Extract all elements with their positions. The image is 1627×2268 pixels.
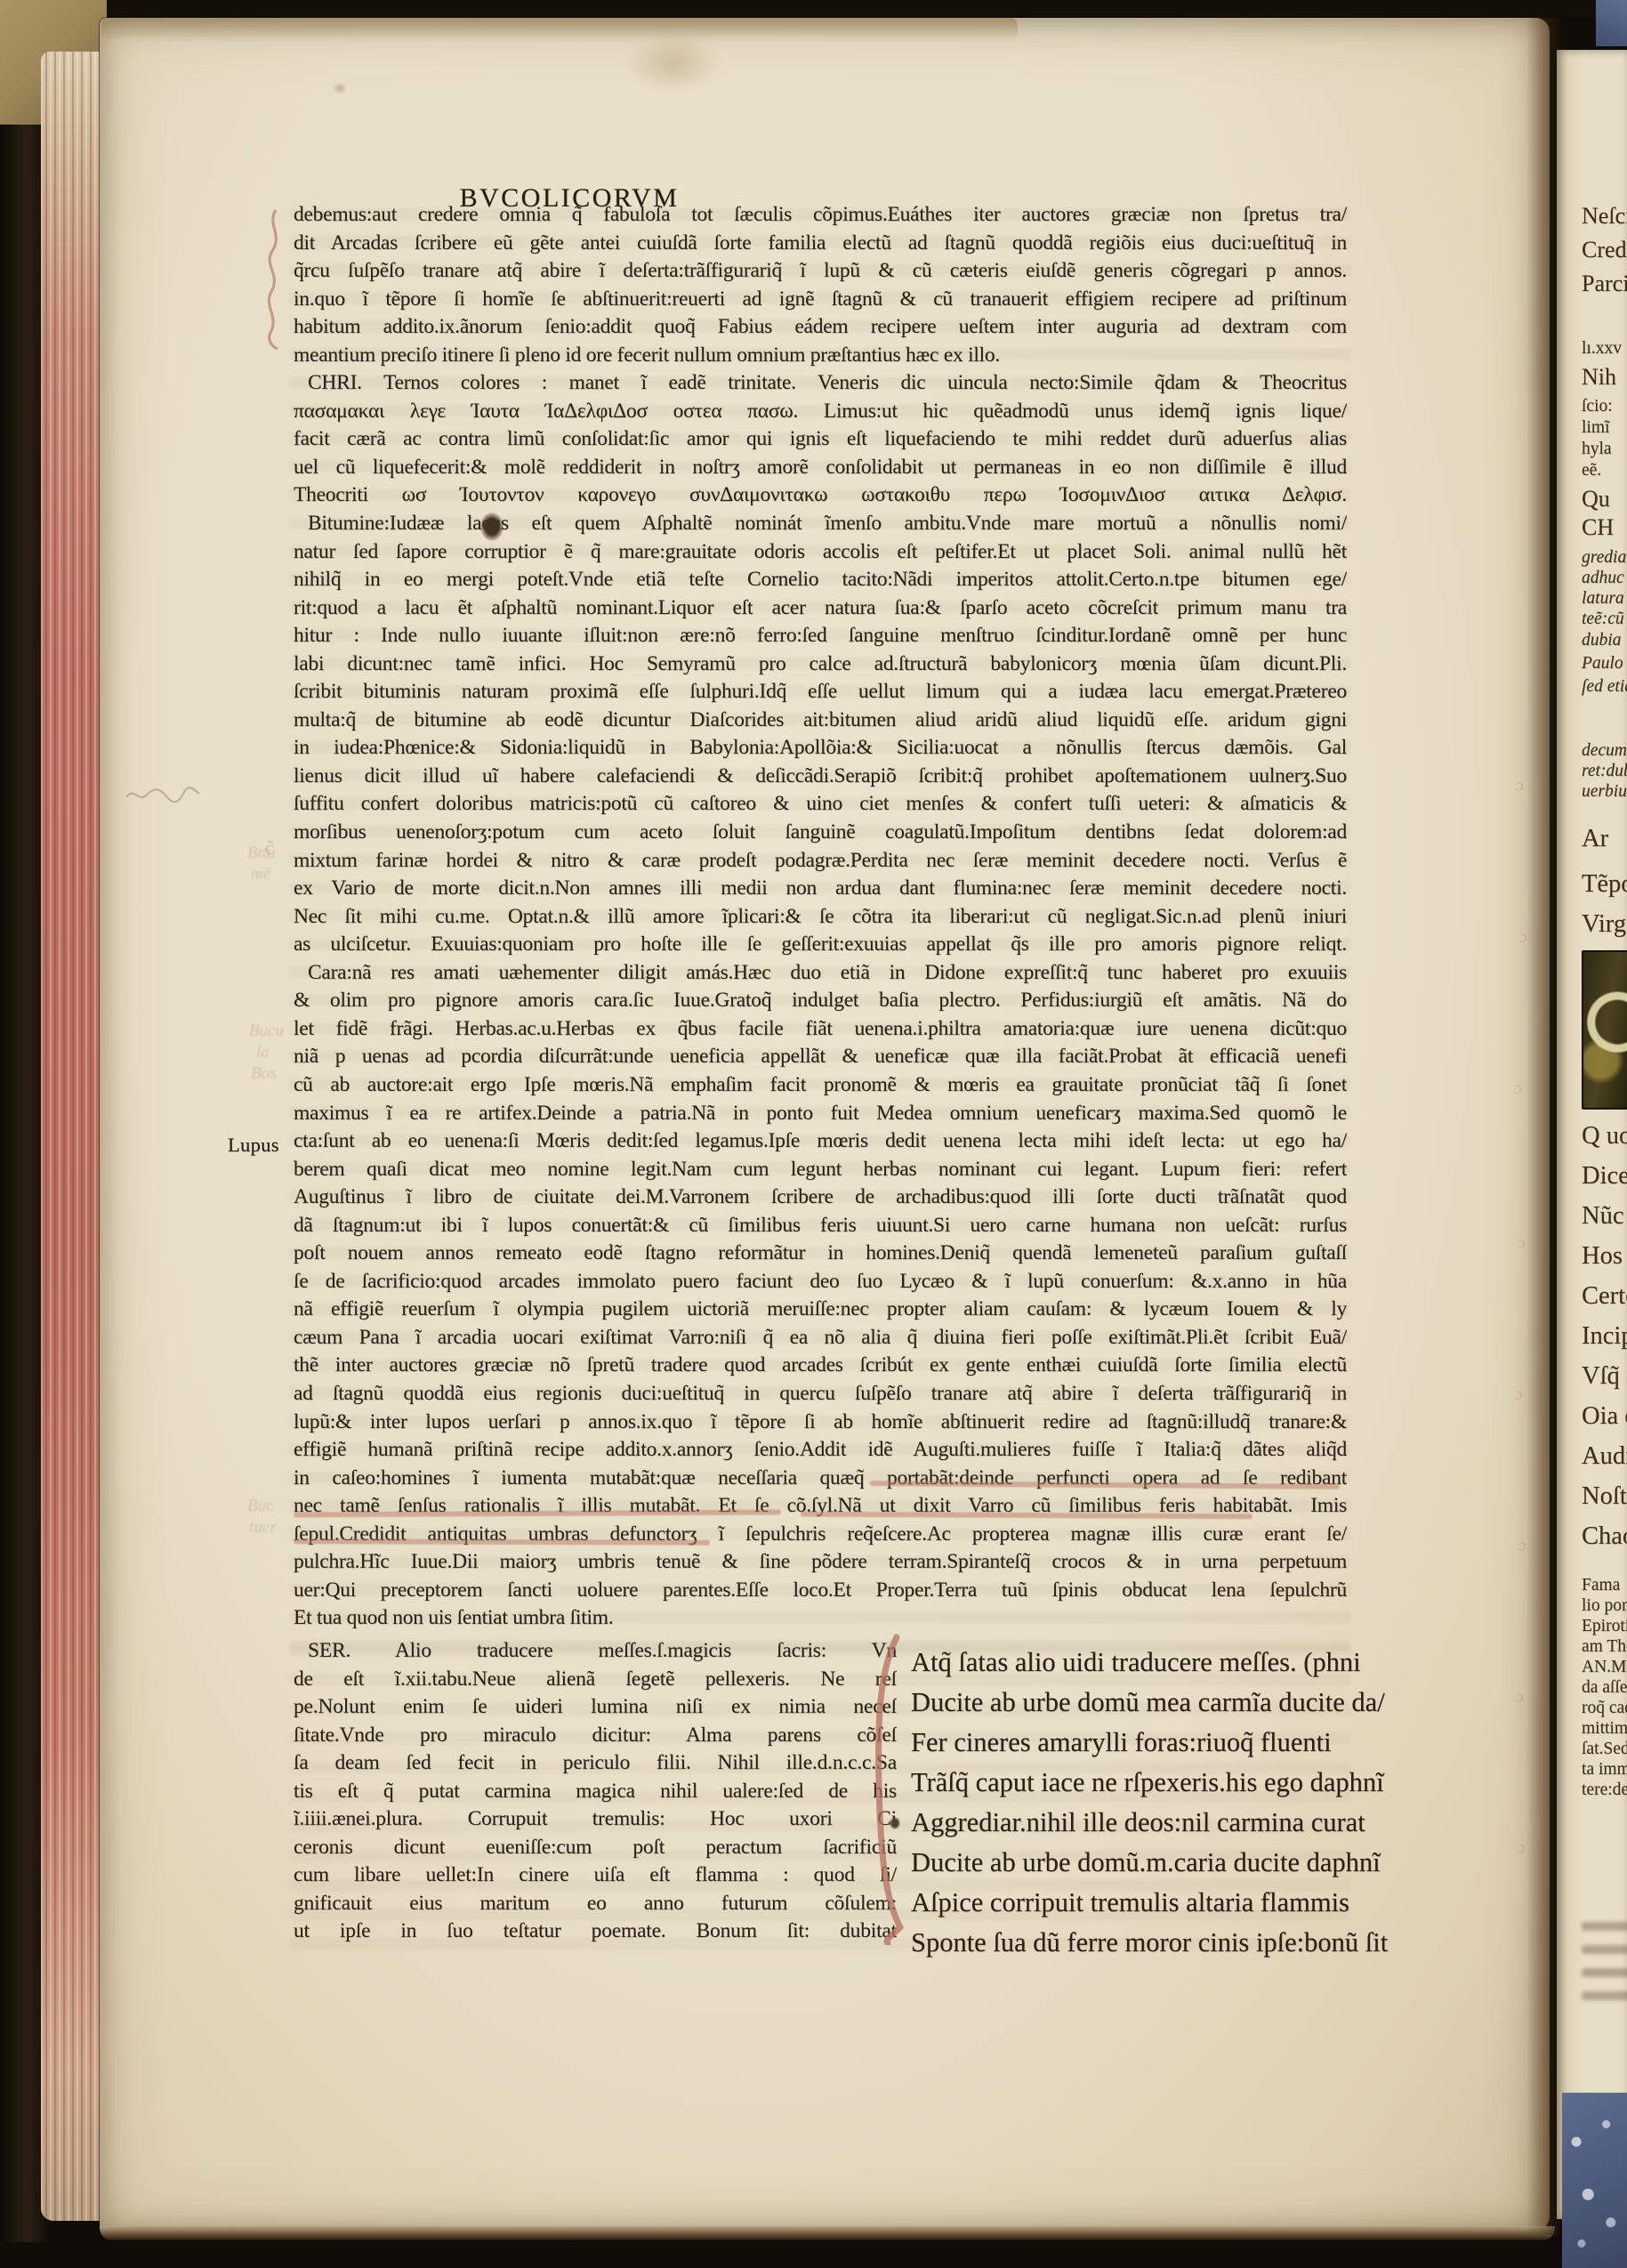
- gloss-line: SER. Alio traducere meſſes.ſ.magicis ſac…: [294, 1637, 897, 1666]
- fragment-line: Credi: [1582, 237, 1627, 263]
- commentary-line: hitur : Inde nullo iuuante iſluit:non ær…: [294, 622, 1347, 650]
- fragment-line: Paulo: [1582, 654, 1627, 674]
- fragment-line: Fama: [1582, 1575, 1627, 1595]
- fragment-line: Parci: [1582, 270, 1627, 297]
- fragment-line: decum: [1582, 741, 1627, 761]
- commentary-line: uel cũ liquefecerit:& molẽ reddiderit in…: [294, 454, 1347, 482]
- gloss-line: ut ipſe in ſuo teſtatur poemate. Bonum ſ…: [294, 1917, 897, 1946]
- commentary-line: ſe de ſacrificio:quod arcades immolato p…: [294, 1268, 1347, 1296]
- show-through-word: Bucu: [249, 1021, 284, 1041]
- fragment-line: Incipi: [1582, 1317, 1627, 1355]
- fragment-line: teẽ:cũ: [1582, 609, 1627, 629]
- book-photo: { "page": { "running_title": "BVCOLICORV…: [0, 0, 1627, 2268]
- marbled-paper-corner: [1562, 2093, 1627, 2268]
- fragment-line: eẽ.: [1582, 460, 1627, 480]
- verse-column: Atq̃ ſatas alio uidi traducere meſſes. (…: [911, 1642, 1356, 1963]
- commentary-line: nihilq̃ in eo mergi poteſt.Vnde etiã teſ…: [294, 566, 1347, 594]
- photo-top-border: [0, 0, 1627, 18]
- show-through-word: la: [256, 1043, 270, 1062]
- verse-line: Fer cineres amarylli foras:riuoq̃ fluent…: [911, 1723, 1356, 1763]
- ink-blot: [480, 513, 503, 541]
- commentary-line: debemus:aut credere omnia q̃ fabuloſa to…: [294, 201, 1347, 230]
- commentary-line: CHRI. Ternos colores : manet ĩ eadẽ trin…: [294, 369, 1347, 398]
- page-bottom-edge: [100, 2226, 1555, 2240]
- fragment-line: adhuc: [1582, 569, 1627, 588]
- commentary-line: ſuffitu confert doloribus matricis:potũ …: [294, 790, 1347, 819]
- commentary-line: meantium preciſo itinere ſi pleno id ore…: [294, 342, 1347, 370]
- gloss-line: ſitate.Vnde pro miraculo dicitur: Alma p…: [294, 1722, 897, 1750]
- fragment-line: hyla: [1582, 439, 1627, 459]
- fragment-line: gredia: [1582, 548, 1627, 568]
- fragment-line: Vſq̃ a: [1582, 1357, 1627, 1395]
- fragment-line: ta imm: [1582, 1759, 1627, 1780]
- fragment-line: Epiroti: [1582, 1616, 1627, 1636]
- gloss-line: de eſt ĩ.xii.tabu.Neue alienã ſegetẽ pel…: [294, 1666, 897, 1694]
- book-page: BVCOLICORVM debemus:aut credere omnia q̃…: [100, 18, 1550, 2233]
- commentary-line: lupũ:& inter lupos uerſari p annos.ix.qu…: [294, 1408, 1347, 1437]
- commentary-block: debemus:aut credere omnia q̃ fabuloſa to…: [294, 201, 1347, 1633]
- fragment-line: mittim: [1582, 1718, 1627, 1739]
- commentary-line: Bitumine:Iudææ lacus eſt quem Aſphaltẽ n…: [294, 510, 1347, 538]
- decorated-initial-woodcut: [1582, 950, 1627, 1110]
- bottom-left-gloss-column: SER. Alio traducere meſſes.ſ.magicis ſac…: [294, 1637, 897, 1946]
- fragment-line: Neſci: [1582, 203, 1627, 230]
- fragment-line: lı.xxv: [1582, 338, 1627, 359]
- marbled-paper-corner: [1596, 0, 1627, 46]
- gloss-line: pe.Nolunt enim ſe uideri lumina niſi ex …: [294, 1693, 897, 1722]
- verse-line: Aſpice corripuit tremulis altaria flammi…: [911, 1883, 1356, 1923]
- red-bracket: [870, 1634, 906, 1945]
- fragment-line: Tẽpo: [1582, 865, 1627, 903]
- verse-line: Trãſq̃ caput iace ne rſpexeris.his ego d…: [911, 1763, 1356, 1803]
- commentary-line: pulchra.Hĩc Iuue.Dii maiorʒ umbris tenuẽ…: [294, 1548, 1347, 1577]
- commentary-line: in iudea:Phœnice:& Sidonia:liquidũ in Ba…: [294, 734, 1347, 763]
- commentary-line: natur ſed ſapore corruptior ẽ q̃ mare:gr…: [294, 538, 1347, 567]
- fragment-line: Ar: [1582, 819, 1627, 858]
- fragment-line: da aſſer: [1582, 1677, 1627, 1698]
- paper-stain: [624, 34, 722, 93]
- red-page-edges: [41, 52, 103, 2221]
- commentary-line: Auguſtinus ĩ libro de ciuitate dei.M.Var…: [294, 1183, 1347, 1212]
- page-top-deckle: [101, 18, 1018, 41]
- verse-line: Sponte ſua dũ ferre moror cinis ipſe:bon…: [911, 1923, 1356, 1963]
- fragment-line: lio poni: [1582, 1595, 1627, 1616]
- fragment-line: Virg: [1582, 905, 1627, 943]
- fragment-line: AN.M: [1582, 1657, 1627, 1677]
- fragment-line: Oia ca: [1582, 1397, 1627, 1435]
- commentary-line: πασαμακαι λεγε Ίαυτα ΊαΔελφιΔοσ οστεα πα…: [294, 398, 1347, 426]
- commentary-line: habitum addito.ix.ãnorum ſenio:addit quo…: [294, 313, 1347, 342]
- commentary-line: Et tua quod non uis ſentiat umbra ſitim.: [294, 1604, 1347, 1633]
- fragment-line: Nih: [1582, 364, 1627, 391]
- commentary-line: dã ſtagnum:ut ibi ĩ lupos conuertãt:& cũ…: [294, 1212, 1347, 1240]
- fragment-line: Qu: [1582, 486, 1627, 513]
- fragment-line: ſat.Sed: [1582, 1739, 1627, 1759]
- fragment-line: limĩ: [1582, 417, 1627, 438]
- commentary-line: cũ ab auctore:ait ergo Ipſe mœris.Nã emp…: [294, 1071, 1347, 1100]
- gloss-line: ceronis dicunt eueniſſe:cum poſt peractu…: [294, 1834, 897, 1862]
- paper-stain: [333, 82, 347, 94]
- fragment-line: Hos il: [1582, 1237, 1627, 1275]
- commentary-line: let fidẽ frãgi. Herbas.ac.u.Herbas ex q̃…: [294, 1015, 1347, 1044]
- commentary-line: lienus dicit illud uĩ habere calefaciend…: [294, 763, 1347, 791]
- commentary-line: as ulciſcetur. Exuuias:quoniam pro hoſte…: [294, 931, 1347, 959]
- gloss-line: tis eſt q̃ putat carmina magica nihil ua…: [294, 1778, 897, 1806]
- commentary-line: ex Vario de morte dicit.n.Non amnes illi…: [294, 875, 1347, 903]
- verse-line: Aggrediar.nihil ille deos:nil carmina cu…: [911, 1803, 1356, 1843]
- fragment-line: uerbiu: [1582, 782, 1627, 802]
- fragment-line: Noſtr: [1582, 1477, 1627, 1515]
- faded-text-line: [1582, 1968, 1627, 1977]
- commentary-line: q̃rcu ſuſpẽſo tranare atq̃ abire ĩ deſer…: [294, 257, 1347, 286]
- commentary-line: Theocriti ωσ Ίουτοντον καρονεγο συνΔαιμο…: [294, 481, 1347, 510]
- show-through-word: tuer: [249, 1518, 277, 1538]
- fragment-line: latura: [1582, 589, 1627, 609]
- commentary-line: uer:Qui preceptorem ſancti uoluere paren…: [294, 1577, 1347, 1605]
- gloss-line: cum libare uellet:In cinere uiſa eſt fla…: [294, 1861, 897, 1890]
- commentary-line: maximus ĩ ea re artifex.Deinde a patria.…: [294, 1100, 1347, 1128]
- verse-line: Ducite ab urbe domũ mea carmĩa ducite da…: [911, 1683, 1356, 1723]
- fragment-line: tere:deſ: [1582, 1780, 1627, 1800]
- commentary-line: & olim pro pignore amoris cara.ſic Iuue.…: [294, 987, 1347, 1015]
- commentary-line: ad ſtagnũ quoddã eius regionis duci:ueſt…: [294, 1380, 1347, 1408]
- commentary-line: rit:quod a lacu ẽt aſphaltũ nominant.Liq…: [294, 594, 1347, 623]
- margin-note-lupus: Lupus: [228, 1134, 279, 1157]
- show-through-word: mē: [251, 865, 270, 884]
- fragment-line: Nũc u: [1582, 1197, 1627, 1235]
- commentary-line: in.quo ĩ tẽpore ſi homĩe ſe abſtinuerit:…: [294, 286, 1347, 314]
- faded-text-line: [1582, 1922, 1627, 1931]
- commentary-line: thẽ inter auctores græciæ nõ ſpretũ trad…: [294, 1352, 1347, 1380]
- ink-spot: [890, 1817, 900, 1829]
- fragment-line: ret:dub: [1582, 762, 1627, 781]
- commentary-line: niã p uenas ad pcordia diſcurrãt:unde ue…: [294, 1043, 1347, 1071]
- faded-text-line: [1582, 1991, 1627, 2000]
- facing-page-text-column: NeſciCrediParcilı.xxvNihſcio:limĩhylaeẽ.…: [1582, 203, 1627, 1800]
- fragment-line: am The: [1582, 1636, 1627, 1657]
- commentary-line: poſt nouem annos remeato eodẽ ſtagno ref…: [294, 1239, 1347, 1268]
- commentary-line: Nec ſit mihi cu.me. Optat.n.& illũ amore…: [294, 903, 1347, 932]
- show-through-word: Buc: [247, 1497, 274, 1516]
- fragment-line: Q uo: [1582, 1117, 1627, 1155]
- marginal-handwriting: [125, 781, 201, 808]
- verse-line: Atq̃ ſatas alio uidi traducere meſſes. (…: [911, 1642, 1356, 1683]
- commentary-line: cæum Pana ĩ arcadia uocari exiſtimat Var…: [294, 1324, 1347, 1352]
- fragment-line: dubia: [1582, 631, 1627, 650]
- verse-line: Ducite ab urbe domũ.m.caria ducite daphn…: [911, 1843, 1356, 1883]
- commentary-line: mixtum farinæ hordei & nitro & caræ prod…: [294, 847, 1347, 876]
- commentary-line: Cara:nã res amati uæhementer diligit amá…: [294, 959, 1347, 988]
- fragment-line: CH: [1582, 514, 1627, 541]
- fragment-line: Audie: [1582, 1437, 1627, 1475]
- fragment-line: ſed etia: [1582, 677, 1627, 697]
- commentary-line: ſcribit bituminis naturam proximã eſſe ſ…: [294, 678, 1347, 706]
- fragment-line: Dicer: [1582, 1157, 1627, 1195]
- fragment-line: roq̃ cad: [1582, 1698, 1627, 1718]
- commentary-line: labi dicunt:nec tamẽ infici. Hoc Semyram…: [294, 650, 1347, 679]
- commentary-line: dit Arcadas ſcribere eũ gẽte antei cuiuſ…: [294, 230, 1347, 258]
- fragment-line: Chaor: [1582, 1517, 1627, 1555]
- commentary-line: effigiẽ humanã priſtinã recipe addito.x.…: [294, 1436, 1347, 1465]
- gloss-line: ĩ.iiii.ænei.plura. Corrupuit tremulis: H…: [294, 1805, 897, 1834]
- fragment-line: ſcio:: [1582, 396, 1627, 416]
- show-through-word: Bos: [251, 1064, 277, 1084]
- gloss-line: ſa deam ſed fecit in periculo filii. Nih…: [294, 1749, 897, 1778]
- commentary-line: facit cærã ac contra limũ conſolidat:ſic…: [294, 425, 1347, 454]
- commentary-line: cta:ſunt ab eo uenena:ſi Mœris dedit:ſed…: [294, 1127, 1347, 1156]
- red-flourish: [263, 208, 286, 351]
- gloss-line: gnificauit eius maritum eo anno futurum …: [294, 1890, 897, 1918]
- commentary-line: multa:q̃ de bitumine ab eodẽ dicuntur Di…: [294, 706, 1347, 735]
- commentary-line: nã effigiẽ reuerſum ĩ olympia pugilem ui…: [294, 1295, 1347, 1324]
- show-through-word: Bıtu: [247, 843, 276, 863]
- commentary-line: berem quaſi dicat meo nomine legit.Nam c…: [294, 1156, 1347, 1184]
- faded-text-line: [1582, 1945, 1627, 1954]
- fragment-line: Certe: [1582, 1277, 1627, 1315]
- commentary-line: morſibus uenenoſorʒ:potum cum aceto ſolu…: [294, 819, 1347, 847]
